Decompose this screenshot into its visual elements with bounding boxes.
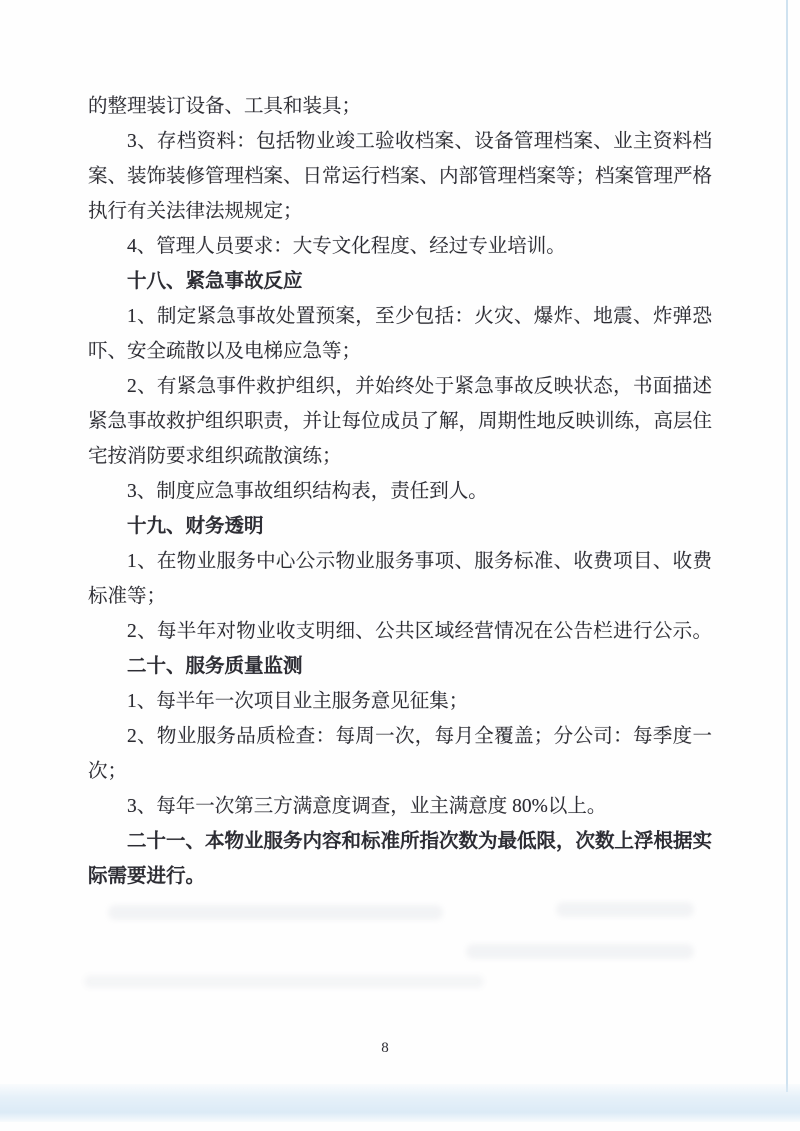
scan-edge-line — [786, 0, 788, 1092]
text-line: 1、在物业服务中心公示物业服务事项、服务标准、收费项目、收费 — [88, 544, 712, 579]
scan-bleedthrough-artifact — [108, 905, 443, 920]
section-heading: 十九、财务透明 — [88, 509, 712, 544]
text-line: 次； — [88, 754, 712, 789]
scan-bleedthrough-artifact — [84, 975, 484, 988]
section-heading: 十八、紧急事故反应 — [88, 264, 712, 299]
text-line: 二十一、本物业服务内容和标准所指次数为最低限，次数上浮根据实 — [88, 824, 712, 859]
text-line: 3、制度应急事故组织结构表，责任到人。 — [88, 474, 712, 509]
text-line: 际需要进行。 — [88, 859, 712, 894]
text-line: 4、管理人员要求：大专文化程度、经过专业培训。 — [88, 229, 712, 264]
text-line: 标准等； — [88, 579, 712, 614]
section-heading: 二十、服务质量监测 — [88, 649, 712, 684]
text-line: 3、存档资料：包括物业竣工验收档案、设备管理档案、业主资料档 — [88, 124, 712, 159]
text-line: 2、每半年对物业收支明细、公共区域经营情况在公告栏进行公示。 — [88, 614, 712, 649]
scanned-document-page: 的整理装订设备、工具和装具；3、存档资料：包括物业竣工验收档案、设备管理档案、业… — [0, 0, 800, 1131]
scan-bottom-band — [0, 1084, 800, 1122]
text-line: 紧急事故救护组织职责，并让每位成员了解，周期性地反映训练，高层住 — [88, 404, 712, 439]
text-line: 1、制定紧急事故处置预案，至少包括：火灾、爆炸、地震、炸弹恐 — [88, 299, 712, 334]
scan-bleedthrough-artifact — [466, 944, 694, 959]
text-line: 案、装饰装修管理档案、日常运行档案、内部管理档案等；档案管理严格 — [88, 159, 712, 194]
text-line: 1、每半年一次项目业主服务意见征集； — [88, 684, 712, 719]
text-line: 执行有关法律法规规定； — [88, 194, 712, 229]
text-line: 的整理装订设备、工具和装具； — [88, 89, 712, 124]
text-block: 的整理装订设备、工具和装具；3、存档资料：包括物业竣工验收档案、设备管理档案、业… — [88, 89, 712, 894]
text-line: 3、每年一次第三方满意度调查，业主满意度 80%以上。 — [88, 789, 712, 824]
text-line: 吓、安全疏散以及电梯应急等； — [88, 334, 712, 369]
text-line: 2、物业服务品质检查：每周一次，每月全覆盖；分公司：每季度一 — [88, 719, 712, 754]
text-line: 宅按消防要求组织疏散演练； — [88, 439, 712, 474]
text-line: 2、有紧急事件救护组织，并始终处于紧急事故反映状态，书面描述 — [88, 369, 712, 404]
scan-bleedthrough-artifact — [556, 902, 694, 917]
page-number: 8 — [340, 1040, 430, 1057]
